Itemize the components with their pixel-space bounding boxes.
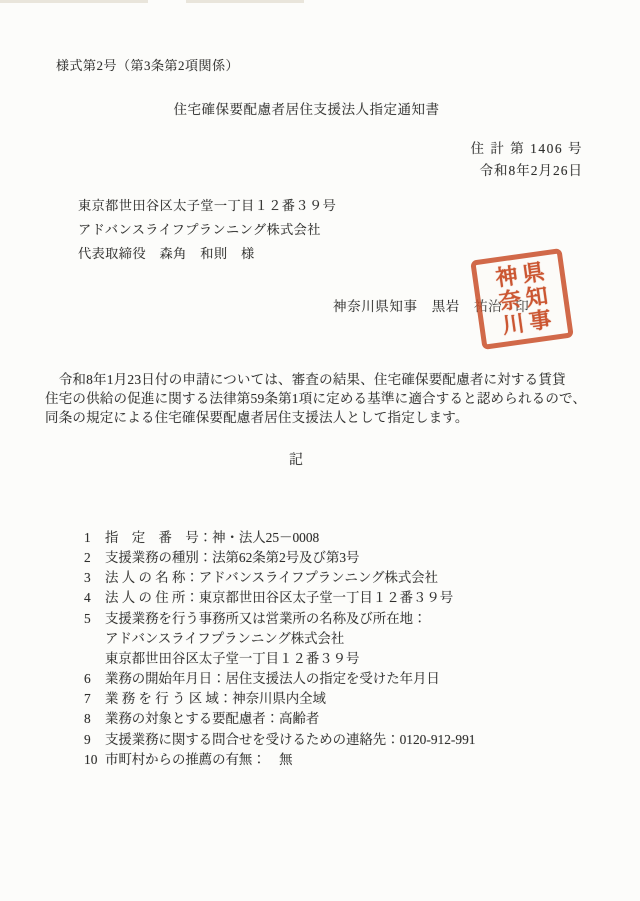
document-date: 令和8年2月26日 <box>480 159 584 179</box>
section-marker-ki: 記 <box>0 449 592 469</box>
item-label: 法 人 の 名 称： <box>105 568 199 588</box>
item-number: 6 <box>84 669 105 689</box>
body-paragraph: 令和8年1月23日付の申請については、審査の結果、住宅確保要配慮者に対する賃貸 … <box>45 371 579 427</box>
body-line: 令和8年1月23日付の申請については、審査の結果、住宅確保要配慮者に対する賃貸 <box>45 371 579 390</box>
list-item: 7業 務 を 行 う 区 域：神奈川県内全域 <box>84 689 475 709</box>
scanned-document-page: 様式第2号（第3条第2項関係） 住宅確保要配慮者居住支援法人指定通知書 住 計 … <box>0 0 640 901</box>
recipient-representative: 代表取締役 森角 和則 様 <box>78 242 336 266</box>
item-value: 法第62条第2号及び第3号 <box>212 548 359 568</box>
item-value: 高齢者 <box>279 709 319 729</box>
item-number: 5 <box>84 609 105 629</box>
item-number: 7 <box>84 689 105 709</box>
item-label: 市町村からの推薦の有無： <box>105 750 266 770</box>
list-item: 8業務の対象とする要配慮者：高齢者 <box>84 709 475 729</box>
notice-list: 1指 定 番 号：神・法人25－0008 2支援業務の種別：法第62条第2号及び… <box>84 528 475 770</box>
item-label: 法 人 の 住 所： <box>105 588 199 608</box>
item-continuation: アドバンスライフプランニング株式会社 <box>84 629 475 649</box>
recipient-address: 東京都世田谷区太子堂一丁目１２番３９号 <box>78 194 336 218</box>
form-number: 様式第2号（第3条第2項関係） <box>56 55 239 74</box>
document-number: 住 計 第 1406 号 <box>471 137 584 157</box>
list-item: 1指 定 番 号：神・法人25－0008 <box>84 528 475 548</box>
item-label: 業務の対象とする要配慮者： <box>105 709 279 729</box>
item-number: 4 <box>84 588 105 608</box>
item-number: 2 <box>84 548 105 568</box>
item-number: 3 <box>84 568 105 588</box>
item-number: 1 <box>84 528 105 548</box>
body-line: 住宅の供給の促進に関する法律第59条第1項に定める基準に適合すると認められるので… <box>45 390 579 409</box>
item-value: 東京都世田谷区太子堂一丁目１２番３９号 <box>199 588 453 608</box>
item-value: 神・法人25－0008 <box>212 528 319 548</box>
item-value: 神奈川県内全域 <box>232 689 326 709</box>
recipient-company: アドバンスライフプランニング株式会社 <box>78 218 336 242</box>
continuation-line: アドバンスライフプランニング株式会社 <box>105 629 344 649</box>
list-item: 4法 人 の 住 所：東京都世田谷区太子堂一丁目１２番３９号 <box>84 588 475 608</box>
list-item: 2支援業務の種別：法第62条第2号及び第3号 <box>84 548 475 568</box>
document-title: 住宅確保要配慮者居住支援法人指定通知書 <box>0 98 613 118</box>
recipient-block: 東京都世田谷区太子堂一丁目１２番３９号 アドバンスライフプランニング株式会社 代… <box>78 194 336 267</box>
item-label: 指 定 番 号： <box>105 528 212 548</box>
list-item: 3法 人 の 名 称：アドバンスライフプランニング株式会社 <box>84 568 475 588</box>
item-label: 業 務 を 行 う 区 域： <box>105 689 232 709</box>
list-item: 5支援業務を行う事務所又は営業所の名称及び所在地： <box>84 609 475 629</box>
item-value: 0120-912-991 <box>400 730 476 750</box>
item-value: 無 <box>266 750 293 770</box>
item-label: 支援業務に関する問合せを受けるための連絡先： <box>105 730 400 750</box>
list-item: 6業務の開始年月日：居住支援法人の指定を受けた年月日 <box>84 669 475 689</box>
item-continuation: 東京都世田谷区太子堂一丁目１２番３９号 <box>84 649 475 669</box>
item-label: 業務の開始年月日： <box>105 669 226 689</box>
scan-artifact <box>186 0 304 3</box>
governor-seal-stamp: 神奈川 県知事 <box>470 248 574 350</box>
item-number: 8 <box>84 709 105 729</box>
continuation-line: 東京都世田谷区太子堂一丁目１２番３９号 <box>105 649 359 669</box>
body-line: 同条の規定による住宅確保要配慮者居住支援法人として指定します。 <box>45 409 579 428</box>
item-number: 10 <box>84 750 105 770</box>
list-item: 10市町村からの推薦の有無： 無 <box>84 750 475 770</box>
item-value: アドバンスライフプランニング株式会社 <box>199 568 438 588</box>
item-label: 支援業務を行う事務所又は営業所の名称及び所在地： <box>105 609 426 629</box>
item-number: 9 <box>84 730 105 750</box>
item-value: 居住支援法人の指定を受けた年月日 <box>226 669 440 689</box>
scan-artifact <box>0 0 148 3</box>
list-item: 9支援業務に関する問合せを受けるための連絡先：0120-912-991 <box>84 730 475 750</box>
item-label: 支援業務の種別： <box>105 548 212 568</box>
